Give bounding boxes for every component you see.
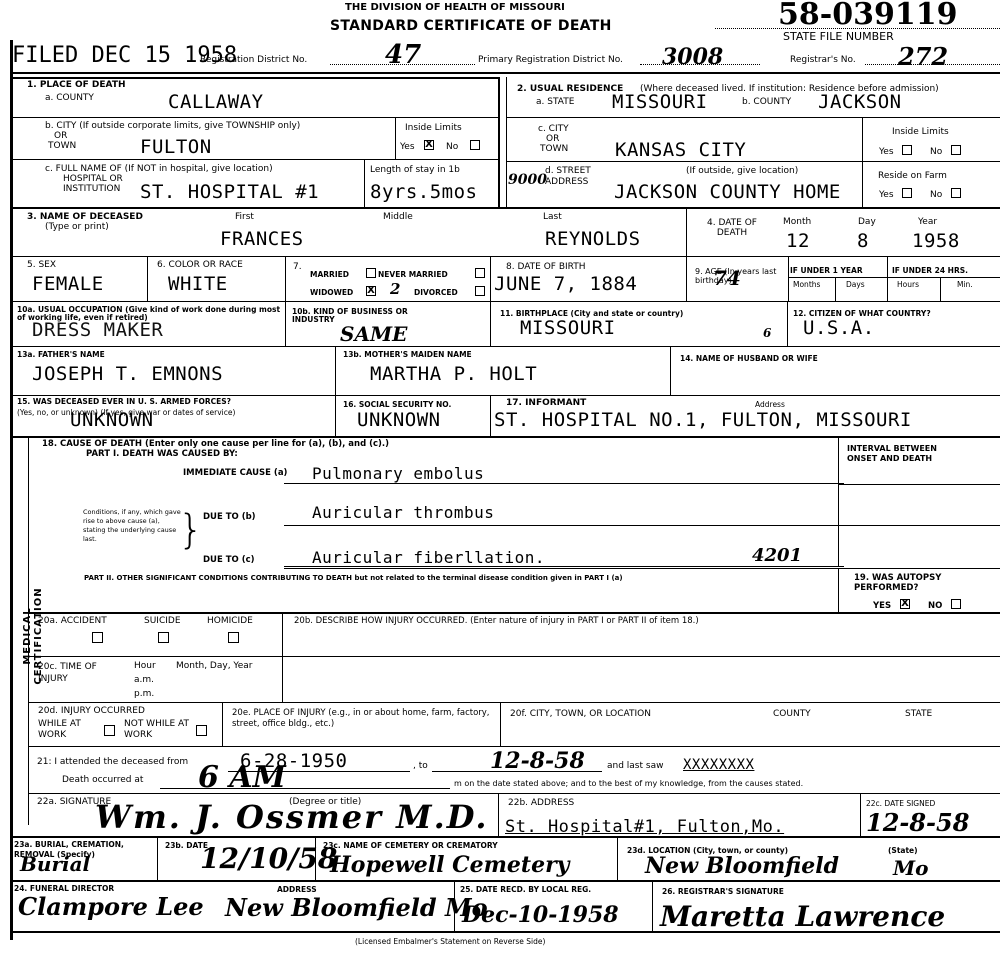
pm-label: p.m. bbox=[134, 689, 154, 699]
death-city-label: b. CITY (If outside corporate limits, gi… bbox=[45, 121, 300, 131]
res-street-label-2: ADDRESS bbox=[545, 177, 588, 187]
dob-value: JUNE 7, 1884 bbox=[494, 274, 637, 294]
death-year-value: 1958 bbox=[912, 231, 960, 251]
place-of-death-label: 1. PLACE OF DEATH bbox=[27, 80, 126, 90]
res-state-label: a. STATE bbox=[536, 97, 574, 107]
divider-1-2b bbox=[506, 77, 507, 207]
death-year-label: Year bbox=[918, 217, 937, 227]
res-county-value: JACKSON bbox=[818, 92, 902, 112]
autopsy-yes-checkbox[interactable]: X bbox=[900, 599, 910, 609]
sex-label: 5. SEX bbox=[27, 260, 56, 270]
rule bbox=[860, 794, 861, 836]
min-label: Min. bbox=[957, 281, 973, 289]
division-heading: THE DIVISION OF HEALTH OF MISSOURI bbox=[345, 3, 565, 13]
ssn-label: 16. SOCIAL SECURITY NO. bbox=[343, 401, 451, 409]
rule bbox=[10, 836, 1000, 838]
registrar-no-value: 272 bbox=[898, 42, 948, 71]
injury-county-label: COUNTY bbox=[773, 709, 811, 719]
last-name-label: Last bbox=[543, 212, 562, 222]
months-label: Months bbox=[793, 281, 820, 289]
ssn-value: UNKNOWN bbox=[357, 410, 441, 430]
rule bbox=[147, 257, 148, 301]
conditions-brace: } bbox=[178, 510, 203, 550]
name-deceased-label: 3. NAME OF DECEASED bbox=[27, 212, 143, 222]
res-city-town: TOWN bbox=[540, 144, 568, 154]
res-inside-limits-label: Inside Limits bbox=[892, 127, 949, 137]
res-county-label: b. COUNTY bbox=[742, 97, 791, 107]
injury-city-label: 20f. CITY, TOWN, OR LOCATION bbox=[510, 709, 651, 719]
divider-1-2 bbox=[498, 77, 500, 207]
father-value: JOSEPH T. EMNONS bbox=[32, 364, 223, 384]
rule bbox=[835, 277, 836, 301]
hospital-label-3: INSTITUTION bbox=[63, 184, 120, 194]
rule bbox=[13, 159, 498, 160]
rule bbox=[10, 880, 1000, 882]
date-signed-value: 12-8-58 bbox=[866, 808, 969, 837]
rule bbox=[10, 346, 1000, 347]
not-while-at-work-label: NOT WHILE AT WORK bbox=[124, 719, 194, 741]
rule bbox=[335, 396, 336, 438]
autopsy-no-label: NO bbox=[928, 601, 942, 611]
informant-value: ST. HOSPITAL NO.1, FULTON, MISSOURI bbox=[494, 410, 912, 430]
death-inside-limits-label: Inside Limits bbox=[405, 123, 462, 133]
divorced-checkbox[interactable] bbox=[475, 286, 485, 296]
death-month-label: Month bbox=[783, 217, 811, 227]
death-inside-yes-label: Yes bbox=[400, 142, 415, 152]
rule bbox=[454, 881, 455, 931]
rule bbox=[29, 746, 1000, 747]
rule bbox=[10, 256, 1000, 257]
suicide-checkbox[interactable] bbox=[158, 632, 169, 643]
marital-label: 7. bbox=[293, 262, 302, 272]
death-city-or: OR bbox=[54, 131, 67, 141]
burial-value: Burial bbox=[20, 852, 90, 876]
armed-forces-label: 15. WAS DECEASED EVER IN U. S. ARMED FOR… bbox=[17, 398, 231, 406]
res-inside-yes-checkbox[interactable] bbox=[902, 145, 912, 155]
part1-label: PART I. DEATH WAS CAUSED BY: bbox=[86, 449, 238, 459]
due-to-c-value: Auricular fiberllation. bbox=[312, 548, 545, 568]
due-to-b-value: Auricular thrombus bbox=[312, 503, 494, 523]
death-at-label: Death occurred at bbox=[62, 775, 143, 785]
rule bbox=[838, 484, 1000, 485]
rule bbox=[787, 302, 788, 346]
burial-state-value: Mo bbox=[893, 856, 928, 880]
attended-label: 21: I attended the deceased from bbox=[37, 757, 188, 767]
immediate-cause-value: Pulmonary embolus bbox=[312, 464, 484, 484]
death-county-value: CALLAWAY bbox=[168, 92, 264, 112]
last-seen-value: XXXXXXXX bbox=[683, 755, 754, 775]
rule bbox=[364, 160, 365, 207]
death-county-label: a. COUNTY bbox=[45, 93, 94, 103]
while-at-work-label: WHILE AT WORK bbox=[38, 719, 98, 741]
rule bbox=[29, 612, 1000, 614]
state-file-number-label: STATE FILE NUMBER bbox=[783, 32, 894, 42]
primary-district-value: 3008 bbox=[662, 44, 723, 70]
death-city-town: TOWN bbox=[48, 141, 76, 151]
rule bbox=[285, 257, 286, 301]
cemetery-label: 23c. NAME OF CEMETERY OR CREMATORY bbox=[323, 842, 498, 850]
last-seen-label: and last saw bbox=[607, 761, 663, 771]
res-inside-no-checkbox[interactable] bbox=[951, 145, 961, 155]
informant-label: 17. INFORMANT bbox=[506, 399, 586, 407]
rule bbox=[285, 302, 286, 346]
rule bbox=[315, 837, 316, 880]
autopsy-label: 19. WAS AUTOPSY PERFORMED? bbox=[854, 573, 964, 593]
race-value: WHITE bbox=[168, 274, 228, 294]
middle-name-label: Middle bbox=[383, 212, 413, 222]
rule bbox=[13, 117, 498, 118]
married-label: MARRIED bbox=[310, 271, 349, 279]
file-number-line bbox=[715, 28, 1000, 29]
burial-date-value: 12/10/58 bbox=[200, 842, 337, 875]
hospital-label-2: HOSPITAL OR bbox=[63, 174, 123, 184]
place-injury-label: 20e. PLACE OF INJURY (e.g., in or about … bbox=[232, 708, 502, 730]
registration-district-label: Registration District No. bbox=[200, 55, 307, 65]
first-name-value: FRANCES bbox=[220, 229, 304, 249]
res-city-or: OR bbox=[546, 134, 559, 144]
due-to-b-line bbox=[284, 525, 844, 526]
res-city-label: c. CITY bbox=[538, 124, 569, 134]
rule bbox=[10, 395, 1000, 396]
rule bbox=[29, 702, 1000, 703]
last-name-value: REYNOLDS bbox=[545, 229, 641, 249]
date-received-label: 25. DATE RECD. BY LOCAL REG. bbox=[460, 886, 591, 894]
rule bbox=[10, 301, 1000, 302]
dob-label: 8. DATE OF BIRTH bbox=[506, 262, 586, 272]
autopsy-no-checkbox[interactable] bbox=[951, 599, 961, 609]
widowed-label: WIDOWED bbox=[310, 289, 353, 297]
conditions-note: Conditions, if any, which gave rise to a… bbox=[83, 508, 183, 544]
rule bbox=[838, 437, 839, 567]
rule bbox=[940, 277, 941, 301]
burial-location-value: New Bloomfield bbox=[645, 853, 839, 879]
res-city-value: KANSAS CITY bbox=[615, 140, 746, 160]
rule bbox=[838, 525, 1000, 526]
death-inside-yes-checkbox[interactable]: X bbox=[424, 140, 434, 150]
never-married-label: NEVER MARRIED bbox=[378, 271, 448, 279]
rule bbox=[29, 656, 1000, 657]
death-inside-no-checkbox[interactable] bbox=[470, 140, 480, 150]
under-24-label: IF UNDER 24 HRS. bbox=[892, 267, 968, 275]
mother-value: MARTHA P. HOLT bbox=[370, 364, 537, 384]
registrar-signature-label: 26. REGISTRAR'S SIGNATURE bbox=[662, 888, 784, 896]
name-deceased-note: (Type or print) bbox=[45, 222, 109, 232]
divorced-label: DIVORCED bbox=[414, 289, 458, 297]
armed-forces-value: UNKNOWN bbox=[70, 410, 154, 430]
registrar-no-label: Registrar's No. bbox=[790, 55, 856, 65]
farm-no-checkbox[interactable] bbox=[951, 188, 961, 198]
injury-state-label: STATE bbox=[905, 709, 932, 719]
embalmer-footnote: (Licensed Embalmer's Statement on Revers… bbox=[355, 938, 545, 946]
usual-residence-label: 2. USUAL RESIDENCE bbox=[517, 84, 623, 94]
month-day-year-label: Month, Day, Year bbox=[176, 661, 252, 671]
autopsy-yes-label: YES bbox=[873, 601, 891, 611]
business-value: SAME bbox=[340, 322, 407, 346]
father-label: 13a. FATHER'S NAME bbox=[17, 351, 105, 359]
hospital-value: ST. HOSPITAL #1 bbox=[140, 182, 319, 202]
homicide-label: HOMICIDE bbox=[207, 616, 253, 626]
date-received-value: Dec-10-1958 bbox=[462, 902, 619, 928]
rule bbox=[686, 257, 687, 301]
rule bbox=[862, 118, 863, 207]
funeral-director-value: Clampore Lee bbox=[18, 892, 204, 921]
death-day-label: Day bbox=[858, 217, 876, 227]
immediate-cause-label: IMMEDIATE CAUSE (a) bbox=[183, 468, 287, 478]
interval-label: INTERVAL BETWEEN ONSET AND DEATH bbox=[847, 444, 957, 464]
rule bbox=[686, 208, 687, 256]
accident-checkbox[interactable] bbox=[92, 632, 103, 643]
medical-certification-side-label: MEDICAL CERTIFICATION bbox=[22, 561, 44, 711]
rule bbox=[838, 569, 839, 613]
rule bbox=[157, 837, 158, 880]
res-inside-yes-label: Yes bbox=[879, 147, 894, 157]
informant-address-label: Address bbox=[755, 401, 785, 409]
registration-district-value: 47 bbox=[385, 40, 421, 70]
rule bbox=[887, 257, 888, 301]
rule bbox=[788, 257, 789, 301]
rule bbox=[507, 117, 1000, 118]
res-state-value: MISSOURI bbox=[612, 92, 708, 112]
married-checkbox[interactable] bbox=[366, 268, 376, 278]
rule bbox=[670, 347, 671, 395]
cause-code: 4201 bbox=[752, 545, 802, 566]
first-name-label: First bbox=[235, 212, 254, 222]
age-value: 74 bbox=[713, 266, 741, 290]
primary-district-label: Primary Registration District No. bbox=[478, 55, 623, 65]
rule bbox=[335, 347, 336, 395]
top-rule bbox=[10, 72, 1000, 74]
rule bbox=[282, 613, 283, 703]
spouse-label: 14. NAME OF HUSBAND OR WIFE bbox=[680, 355, 818, 363]
attended-to-label: , to bbox=[413, 761, 428, 771]
occupation-value: DRESS MAKER bbox=[32, 320, 163, 340]
death-at-value: 6 AM bbox=[198, 760, 286, 795]
death-day-value: 8 bbox=[857, 231, 869, 251]
res-street-note: (If outside, give location) bbox=[686, 166, 798, 176]
due-to-c-label: DUE TO (c) bbox=[203, 555, 255, 565]
time-injury-label: 20c. TIME OF INJURY bbox=[38, 661, 118, 685]
rule bbox=[507, 161, 1000, 162]
marital-code: 2 bbox=[390, 280, 400, 298]
rule bbox=[284, 568, 1000, 569]
physician-address-label: 22b. ADDRESS bbox=[508, 798, 574, 808]
cemetery-value: Hopewell Cemetery bbox=[330, 852, 569, 878]
injury-occurred-label: 20d. INJURY OCCURRED bbox=[38, 706, 145, 716]
physician-address-value: St. Hospital#1, Fulton,Mo. bbox=[505, 817, 784, 837]
rule bbox=[29, 793, 1000, 794]
death-month-value: 12 bbox=[786, 231, 810, 251]
farm-yes-checkbox[interactable] bbox=[902, 188, 912, 198]
farm-label: Reside on Farm bbox=[878, 171, 947, 181]
rule bbox=[500, 703, 501, 746]
race-label: 6. COLOR OR RACE bbox=[157, 260, 243, 270]
certificate-title: STANDARD CERTIFICATE OF DEATH bbox=[330, 18, 612, 34]
res-street-label: d. STREET bbox=[545, 166, 591, 176]
left-border bbox=[10, 40, 13, 940]
days-label: Days bbox=[846, 281, 865, 289]
widowed-checkbox[interactable]: X bbox=[366, 286, 376, 296]
farm-yes-label: Yes bbox=[879, 190, 894, 200]
death-city-value: FULTON bbox=[140, 137, 212, 157]
director-address-value: New Bloomfield Mo bbox=[225, 893, 488, 922]
citizen-value: U.S.A. bbox=[803, 318, 875, 338]
stay-label: Length of stay in 1b bbox=[370, 165, 460, 175]
due-to-b-label: DUE TO (b) bbox=[203, 512, 256, 522]
res-street-value: JACKSON COUNTY HOME bbox=[614, 182, 841, 202]
birthplace-code: 6 bbox=[763, 326, 771, 340]
res-street-handwritten: 9000 bbox=[508, 172, 547, 188]
attended-to-value: 12-8-58 bbox=[490, 748, 585, 774]
suicide-label: SUICIDE bbox=[144, 616, 181, 626]
rule bbox=[10, 436, 1000, 438]
burial-state-label: (State) bbox=[888, 847, 918, 855]
rule bbox=[788, 277, 1000, 278]
registrar-signature-value: Maretta Lawrence bbox=[660, 900, 945, 933]
birthplace-value: MISSOURI bbox=[520, 318, 616, 338]
hospital-label: c. FULL NAME OF (If NOT in hospital, giv… bbox=[45, 164, 273, 174]
injury-description-label: 20b. DESCRIBE HOW INJURY OCCURRED. (Ente… bbox=[294, 616, 699, 626]
date-of-death-label: 4. DATE OF DEATH bbox=[707, 218, 757, 238]
death-inside-no-label: No bbox=[446, 142, 458, 152]
rule bbox=[222, 703, 223, 746]
date-signed-label: 22c. DATE SIGNED bbox=[866, 800, 935, 808]
hours-label: Hours bbox=[897, 281, 919, 289]
rule bbox=[490, 257, 491, 301]
under-1-year-label: IF UNDER 1 YEAR bbox=[790, 267, 863, 275]
rule bbox=[490, 302, 491, 346]
cause-of-death-label: 18. CAUSE OF DEATH (Enter only one cause… bbox=[42, 439, 389, 449]
rule bbox=[617, 837, 618, 880]
farm-no-label: No bbox=[930, 190, 942, 200]
am-label: a.m. bbox=[134, 675, 154, 685]
hour-label: Hour bbox=[134, 661, 156, 671]
rule bbox=[395, 118, 396, 159]
death-at-suffix: m on the date stated above; and to the b… bbox=[454, 779, 803, 789]
while-at-work-checkbox[interactable] bbox=[104, 725, 115, 736]
rule bbox=[652, 881, 653, 931]
physician-signature: Wm. J. Ossmer M.D. bbox=[95, 798, 488, 836]
rule bbox=[10, 207, 1000, 209]
never-married-checkbox[interactable] bbox=[475, 268, 485, 278]
rule bbox=[498, 794, 499, 836]
not-while-at-work-checkbox[interactable] bbox=[196, 725, 207, 736]
top-rule-2 bbox=[10, 77, 500, 79]
mother-label: 13b. MOTHER'S MAIDEN NAME bbox=[343, 351, 472, 359]
sex-value: FEMALE bbox=[32, 274, 104, 294]
rule bbox=[10, 931, 1000, 933]
homicide-checkbox[interactable] bbox=[228, 632, 239, 643]
rule bbox=[490, 396, 491, 438]
res-inside-no-label: No bbox=[930, 147, 942, 157]
accident-label: 20a. ACCIDENT bbox=[38, 616, 107, 626]
part2-label: PART II. OTHER SIGNIFICANT CONDITIONS CO… bbox=[84, 573, 623, 583]
stay-value: 8yrs.5mos bbox=[370, 182, 477, 202]
